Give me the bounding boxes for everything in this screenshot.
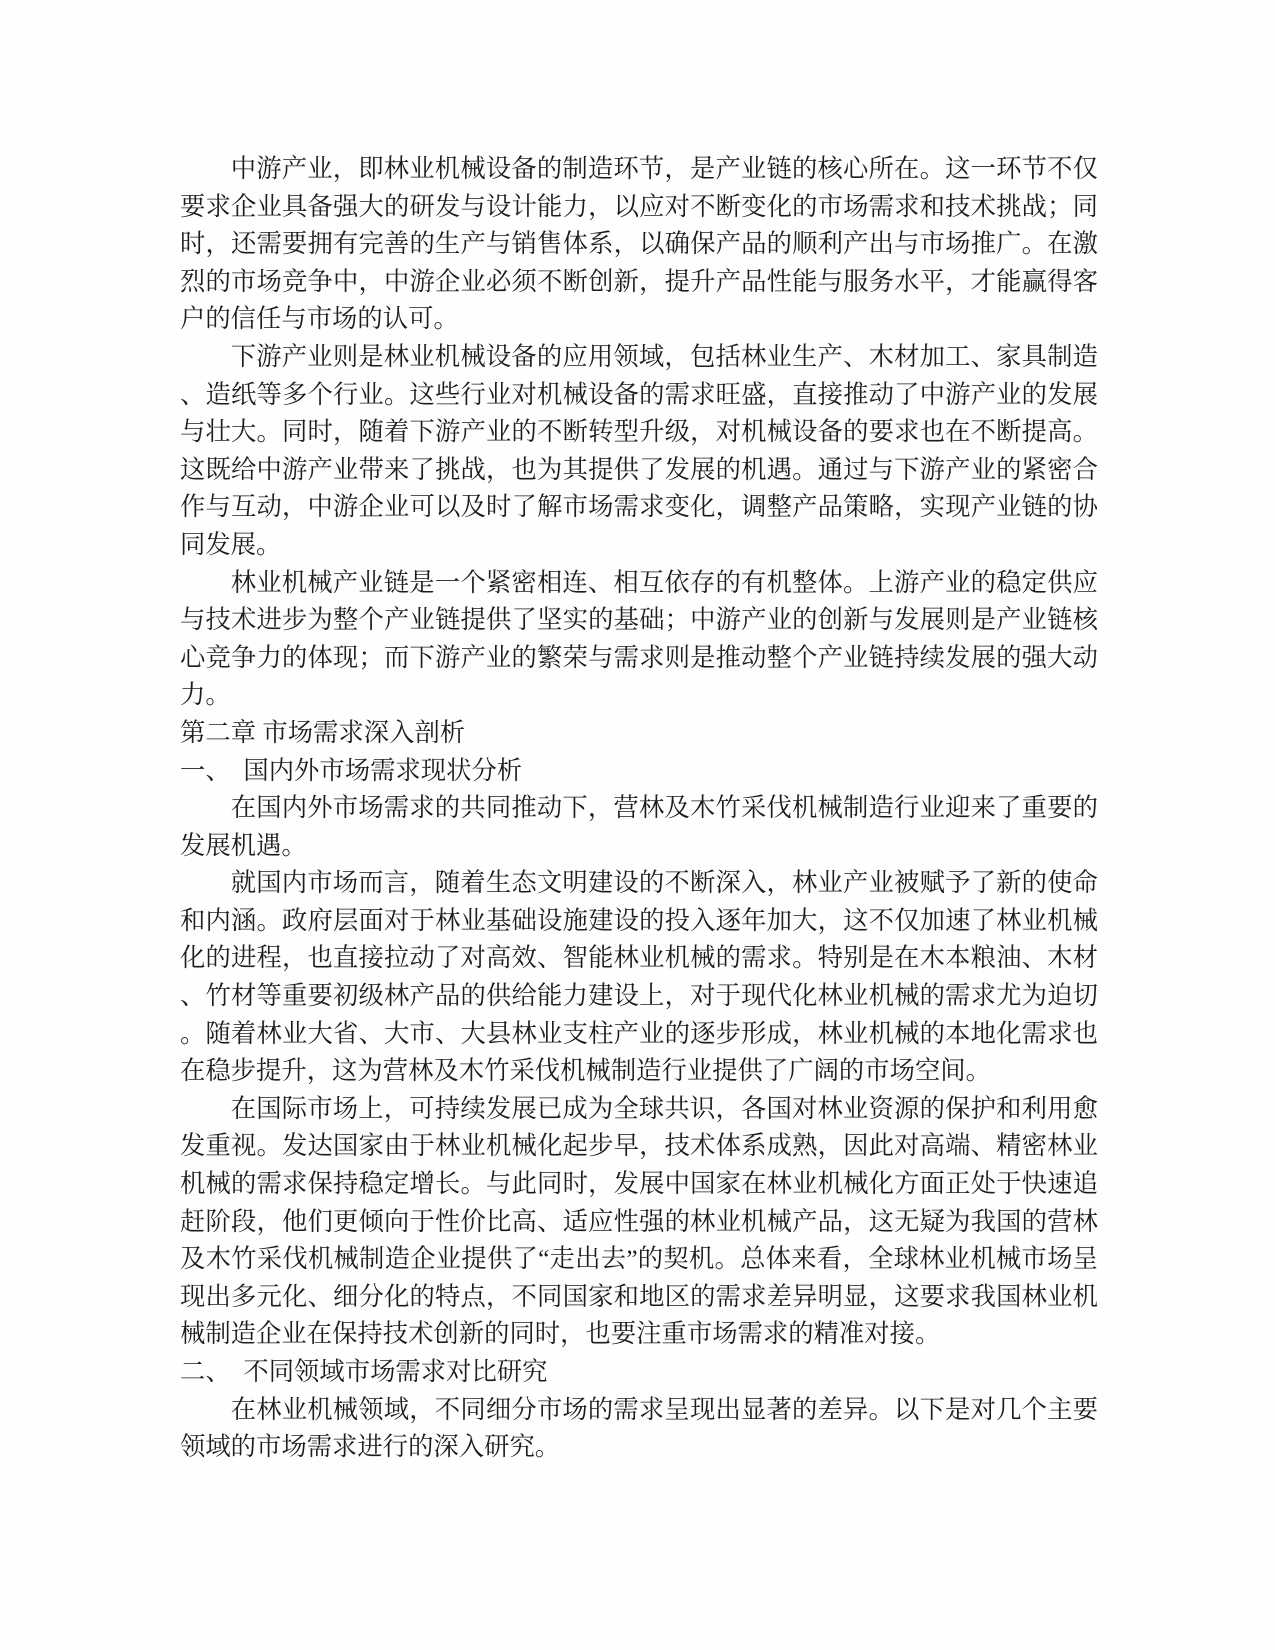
paragraph-industry-chain-summary: 林业机械产业链是一个紧密相连、相互依存的有机整体。上游产业的稳定供应与技术进步为… xyxy=(180,565,1098,715)
section-heading-segment-compare: 二、 不同领域市场需求对比研究 xyxy=(180,1354,1098,1392)
section-heading-domestic-intl: 一、 国内外市场需求现状分析 xyxy=(180,753,1098,791)
document-text-column: 中游产业，即林业机械设备的制造环节，是产业链的核心所在。这一环节不仅要求企业具备… xyxy=(180,151,1098,1467)
paragraph-market-opportunity: 在国内外市场需求的共同推动下，营林及木竹采伐机械制造行业迎来了重要的发展机遇。 xyxy=(180,790,1098,865)
paragraph-domestic-market: 就国内市场而言，随着生态文明建设的不断深入，林业产业被赋予了新的使命和内涵。政府… xyxy=(180,865,1098,1091)
paragraph-midstream-industry: 中游产业，即林业机械设备的制造环节，是产业链的核心所在。这一环节不仅要求企业具备… xyxy=(180,151,1098,339)
chapter-heading: 第二章 市场需求深入剖析 xyxy=(180,715,1098,753)
paragraph-segment-intro: 在林业机械领域，不同细分市场的需求呈现出显著的差异。以下是对几个主要领域的市场需… xyxy=(180,1392,1098,1467)
document-page: 中游产业，即林业机械设备的制造环节，是产业链的核心所在。这一环节不仅要求企业具备… xyxy=(0,0,1275,1650)
paragraph-downstream-industry: 下游产业则是林业机械设备的应用领域，包括林业生产、木材加工、家具制造、造纸等多个… xyxy=(180,339,1098,565)
paragraph-international-market: 在国际市场上，可持续发展已成为全球共识，各国对林业资源的保护和利用愈发重视。发达… xyxy=(180,1091,1098,1354)
